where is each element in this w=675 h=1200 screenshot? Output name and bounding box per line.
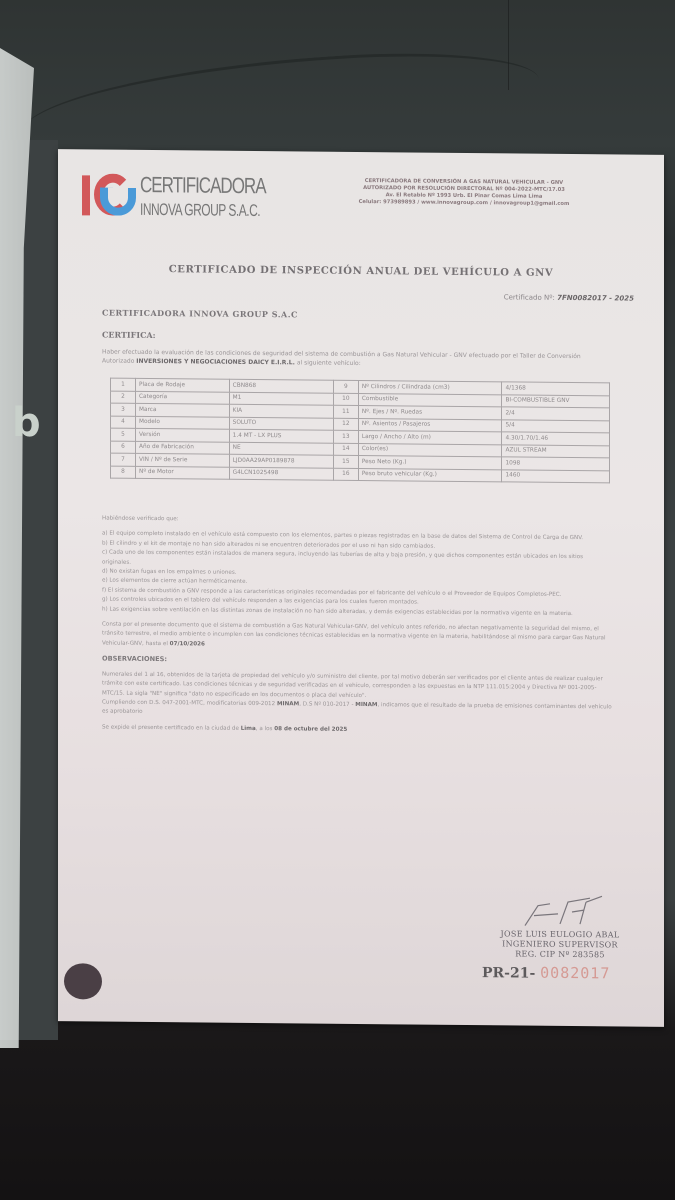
- field-value: LJD0AA29AP0189878: [229, 454, 333, 468]
- serial-number: PR-21- 0082017: [480, 963, 640, 983]
- row-number: 14: [333, 443, 358, 456]
- field-value: M1: [229, 392, 333, 406]
- field-label: Versión: [136, 428, 230, 441]
- intro-paragraph: Haber efectuado la evaluación de las con…: [102, 348, 602, 371]
- serial-value: 0082017: [540, 964, 610, 983]
- field-value: G4LCN1025498: [229, 467, 333, 481]
- workshop-name: INVERSIONES Y NEGOCIACIONES DAICY E.I.R.…: [136, 358, 295, 367]
- row-number: 15: [333, 455, 358, 468]
- row-number: 5: [111, 428, 136, 441]
- certificate-number-label: Certificado Nº:: [504, 293, 555, 301]
- field-value: AZUL STREAM: [502, 444, 610, 458]
- info-line: Celular: 973989893 / www.innovagroup.com…: [314, 199, 614, 209]
- field-label: Año de Fabricación: [136, 441, 230, 454]
- issued-date: 08 de octubre del 2025: [274, 726, 347, 733]
- serial-prefix: PR-21-: [482, 965, 535, 982]
- signer-registration: REG. CIP Nº 283585: [480, 949, 640, 961]
- company-logo-text: CERTIFICADORA INNOVA GROUP S.A.C.: [140, 174, 266, 214]
- row-number: 13: [333, 430, 358, 443]
- background-crease: [508, 0, 509, 90]
- row-number: 6: [111, 441, 136, 454]
- row-number: 1: [111, 378, 136, 391]
- field-value: 1098: [502, 457, 610, 471]
- field-value: 1.4 MT - LX PLUS: [229, 429, 333, 443]
- certificate-sheet: CERTIFICADORA INNOVA GROUP S.A.C. CERTIF…: [58, 149, 664, 1027]
- certificate-body: Habiéndose verificado que: a) El equipo …: [102, 515, 612, 738]
- field-label: Placa de Rodaje: [136, 378, 230, 391]
- certifica-heading: CERTIFICA:: [102, 330, 156, 341]
- field-value: 5/4: [502, 419, 610, 433]
- row-number: 3: [111, 403, 136, 416]
- field-value: 4.30/1.70/1.46: [502, 432, 610, 446]
- company-logo-icon: [78, 171, 140, 218]
- field-value: NE: [229, 442, 333, 456]
- document-title: CERTIFICADO DE INSPECCIÓN ANUAL DEL VEHÍ…: [58, 263, 664, 280]
- field-label: Modelo: [136, 416, 230, 429]
- issued-city: Lima: [241, 726, 256, 732]
- letterhead: CERTIFICADORA INNOVA GROUP S.A.C. CERTIF…: [78, 169, 648, 234]
- row-number: 4: [111, 416, 136, 429]
- letterhead-info: CERTIFICADORA DE CONVERSIÓN A GAS NATURA…: [314, 178, 614, 209]
- field-label: Marca: [136, 403, 230, 416]
- valid-until-date: 07/10/2026: [170, 641, 205, 647]
- field-label: Categoría: [136, 391, 230, 404]
- vehicle-data-table: 1Placa de RodajeCBN8689Nº Cilindros / Ci…: [110, 378, 610, 484]
- background-letter: b: [12, 400, 41, 446]
- row-number: 11: [333, 405, 358, 418]
- certificate-number-value: 7FN0082017 - 2025: [557, 294, 634, 303]
- row-number: 10: [333, 393, 358, 406]
- row-number: 9: [333, 380, 358, 393]
- signature-block: JOSE LUIS EULOGIO ABAL INGENIERO SUPERVI…: [480, 893, 640, 983]
- row-number: 12: [333, 418, 358, 431]
- field-value: SOLUTO: [229, 417, 333, 431]
- row-number: 8: [111, 466, 136, 479]
- row-number: 7: [111, 453, 136, 466]
- field-label: Nº de Motor: [136, 466, 230, 479]
- signature-scrawl-icon: [480, 893, 640, 931]
- row-number: 2: [111, 391, 136, 404]
- field-label: VIN / Nº de Serie: [136, 453, 230, 466]
- row-number: 16: [333, 468, 358, 481]
- field-value: 2/4: [502, 407, 610, 421]
- punch-hole: [64, 963, 102, 999]
- company-name: CERTIFICADORA INNOVA GROUP S.A.C: [102, 308, 298, 320]
- field-label: Peso bruto vehicular (Kg.): [358, 468, 502, 482]
- field-value: BI-COMBUSTIBLE GNV: [502, 394, 610, 408]
- logo-line1: CERTIFICADORA: [140, 174, 266, 197]
- certificate-number: Certificado Nº: 7FN0082017 - 2025: [504, 293, 634, 302]
- field-value: 4/1368: [502, 382, 610, 396]
- logo-line2: INNOVA GROUP S.A.C.: [140, 201, 266, 219]
- field-value: KIA: [229, 404, 333, 418]
- field-value: CBN868: [229, 379, 333, 393]
- field-value: 1460: [502, 469, 610, 483]
- conclusion-paragraph: Consta por el presente documento que el …: [102, 621, 612, 654]
